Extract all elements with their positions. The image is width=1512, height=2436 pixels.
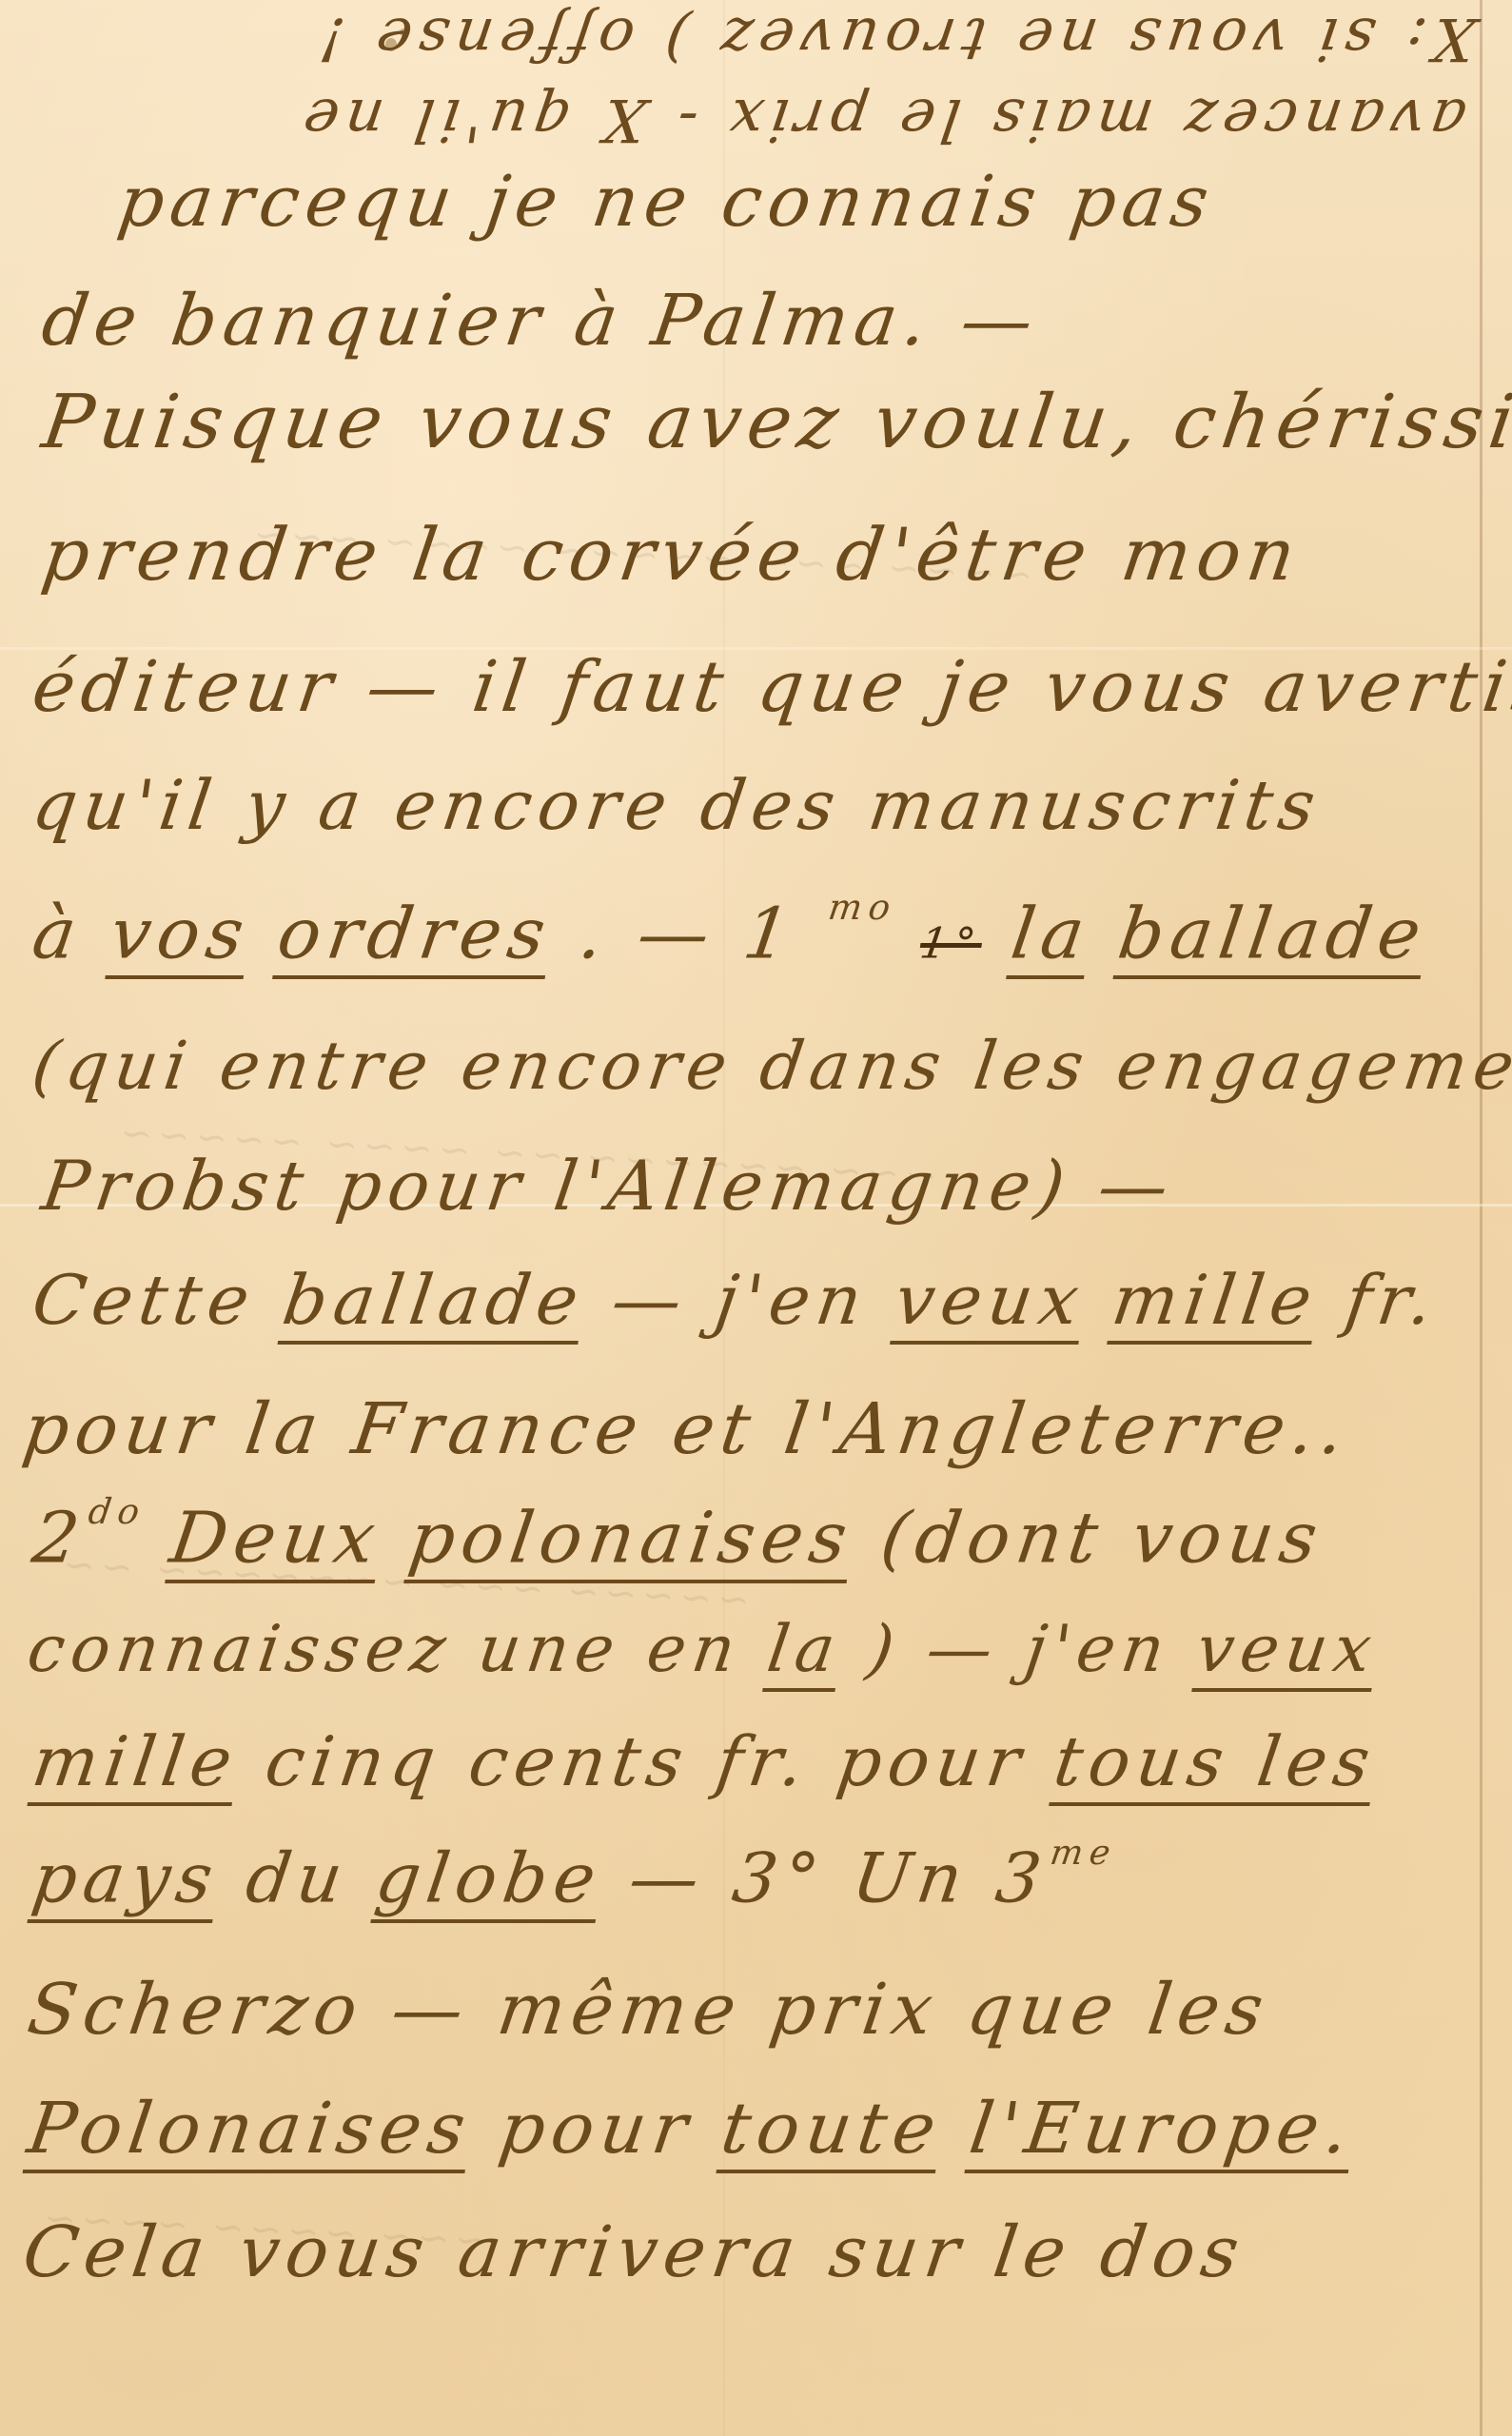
upside-down-line-1: X: si vous ne trouvez ) offense !: [91, 10, 1480, 69]
numbering-superscript: do: [86, 1491, 148, 1532]
underlined-word: veux: [891, 1260, 1090, 1340]
word: . — 1: [575, 894, 802, 975]
letter-line: Puisque vous avez voulu, chérissime: [38, 385, 1512, 460]
word: pour: [494, 2088, 698, 2170]
underlined-word: pays: [28, 1838, 224, 1918]
underlined-word: l'Europe.: [965, 2088, 1360, 2170]
superscript: me: [1048, 1834, 1119, 1873]
underlined-word: ballade: [278, 1260, 590, 1340]
correction-insert: mo: [826, 887, 899, 928]
letter-line: prendre la corvée d'être mon: [38, 519, 1306, 591]
underlined-word: ordres: [273, 894, 558, 975]
letter-line: connaissez une en la ) — j'en veux: [24, 1618, 1382, 1682]
letter-line: Probst pour l'Allemagne) —: [38, 1151, 1179, 1220]
word: fr.: [1341, 1260, 1444, 1340]
letter-line: à vos ordres . — 1 mo 1° la ballade: [29, 890, 1433, 970]
underlined-word: toute: [717, 2088, 948, 2170]
letter-line: Scherzo — même prix que les: [24, 1974, 1274, 2045]
letter-line: 2do Deux polonaises (dont vous: [29, 1494, 1329, 1574]
letter-line: de banquier à Palma. —: [38, 285, 1044, 356]
underlined-word: la: [763, 1612, 846, 1687]
letter-line: Cela vous arrivera sur le dos: [19, 2217, 1249, 2288]
upside-down-line-2: avancez mais le prix - X qu'il ne: [82, 90, 1470, 149]
letter-line: pays du globe — 3° Un 3me: [29, 1837, 1119, 1913]
word: ) — j'en: [863, 1612, 1176, 1687]
underlined-word: tous les: [1050, 1721, 1382, 1801]
underlined-word: polonaises: [404, 1498, 858, 1580]
paper-edge: [1480, 0, 1483, 2436]
word: — j'en: [607, 1260, 874, 1340]
struck-text: 1°: [917, 920, 986, 969]
underlined-word: Deux: [166, 1498, 387, 1580]
letter-line: mille cinq cents fr. pour tous les: [29, 1727, 1381, 1796]
word: connaissez une en: [23, 1612, 746, 1687]
underlined-word: mille: [1108, 1260, 1324, 1340]
letter-line: (qui entre encore dans les engagements: [29, 1032, 1512, 1099]
word: à: [28, 894, 88, 975]
underlined-word: Polonaises: [23, 2088, 477, 2170]
underlined-word: globe: [371, 1838, 607, 1918]
underlined-word: veux: [1192, 1612, 1383, 1687]
word: cinq cents fr. pour: [261, 1721, 1032, 1801]
letter-line: Polonaises pour toute l'Europe.: [24, 2093, 1360, 2164]
underlined-word: ballade: [1113, 894, 1432, 975]
manuscript-page: ~~~~ ~~~ ~~~~~ ~~~~ ~~~ ~~~ ~~~~~~ ~~ ~~…: [0, 0, 1512, 2436]
letter-line: éditeur — il faut que je vous avertisse: [29, 652, 1512, 722]
underlined-word: mille: [28, 1721, 244, 1801]
letter-line: qu'il y a encore des manuscrits: [29, 771, 1325, 839]
underlined-word: la: [1007, 894, 1096, 975]
numbering: 2: [28, 1498, 90, 1580]
letter-line: parcequ je ne connais pas: [114, 167, 1219, 237]
underlined-word: vos: [106, 894, 255, 975]
word: — 3° Un 3: [624, 1838, 1052, 1918]
word: Cette: [28, 1260, 261, 1340]
word: du: [242, 1838, 354, 1918]
letter-line: Cette ballade — j'en veux mille fr.: [29, 1266, 1443, 1334]
word: (dont vous: [876, 1498, 1329, 1580]
letter-line: pour la France et l'Angleterre..: [19, 1394, 1355, 1464]
